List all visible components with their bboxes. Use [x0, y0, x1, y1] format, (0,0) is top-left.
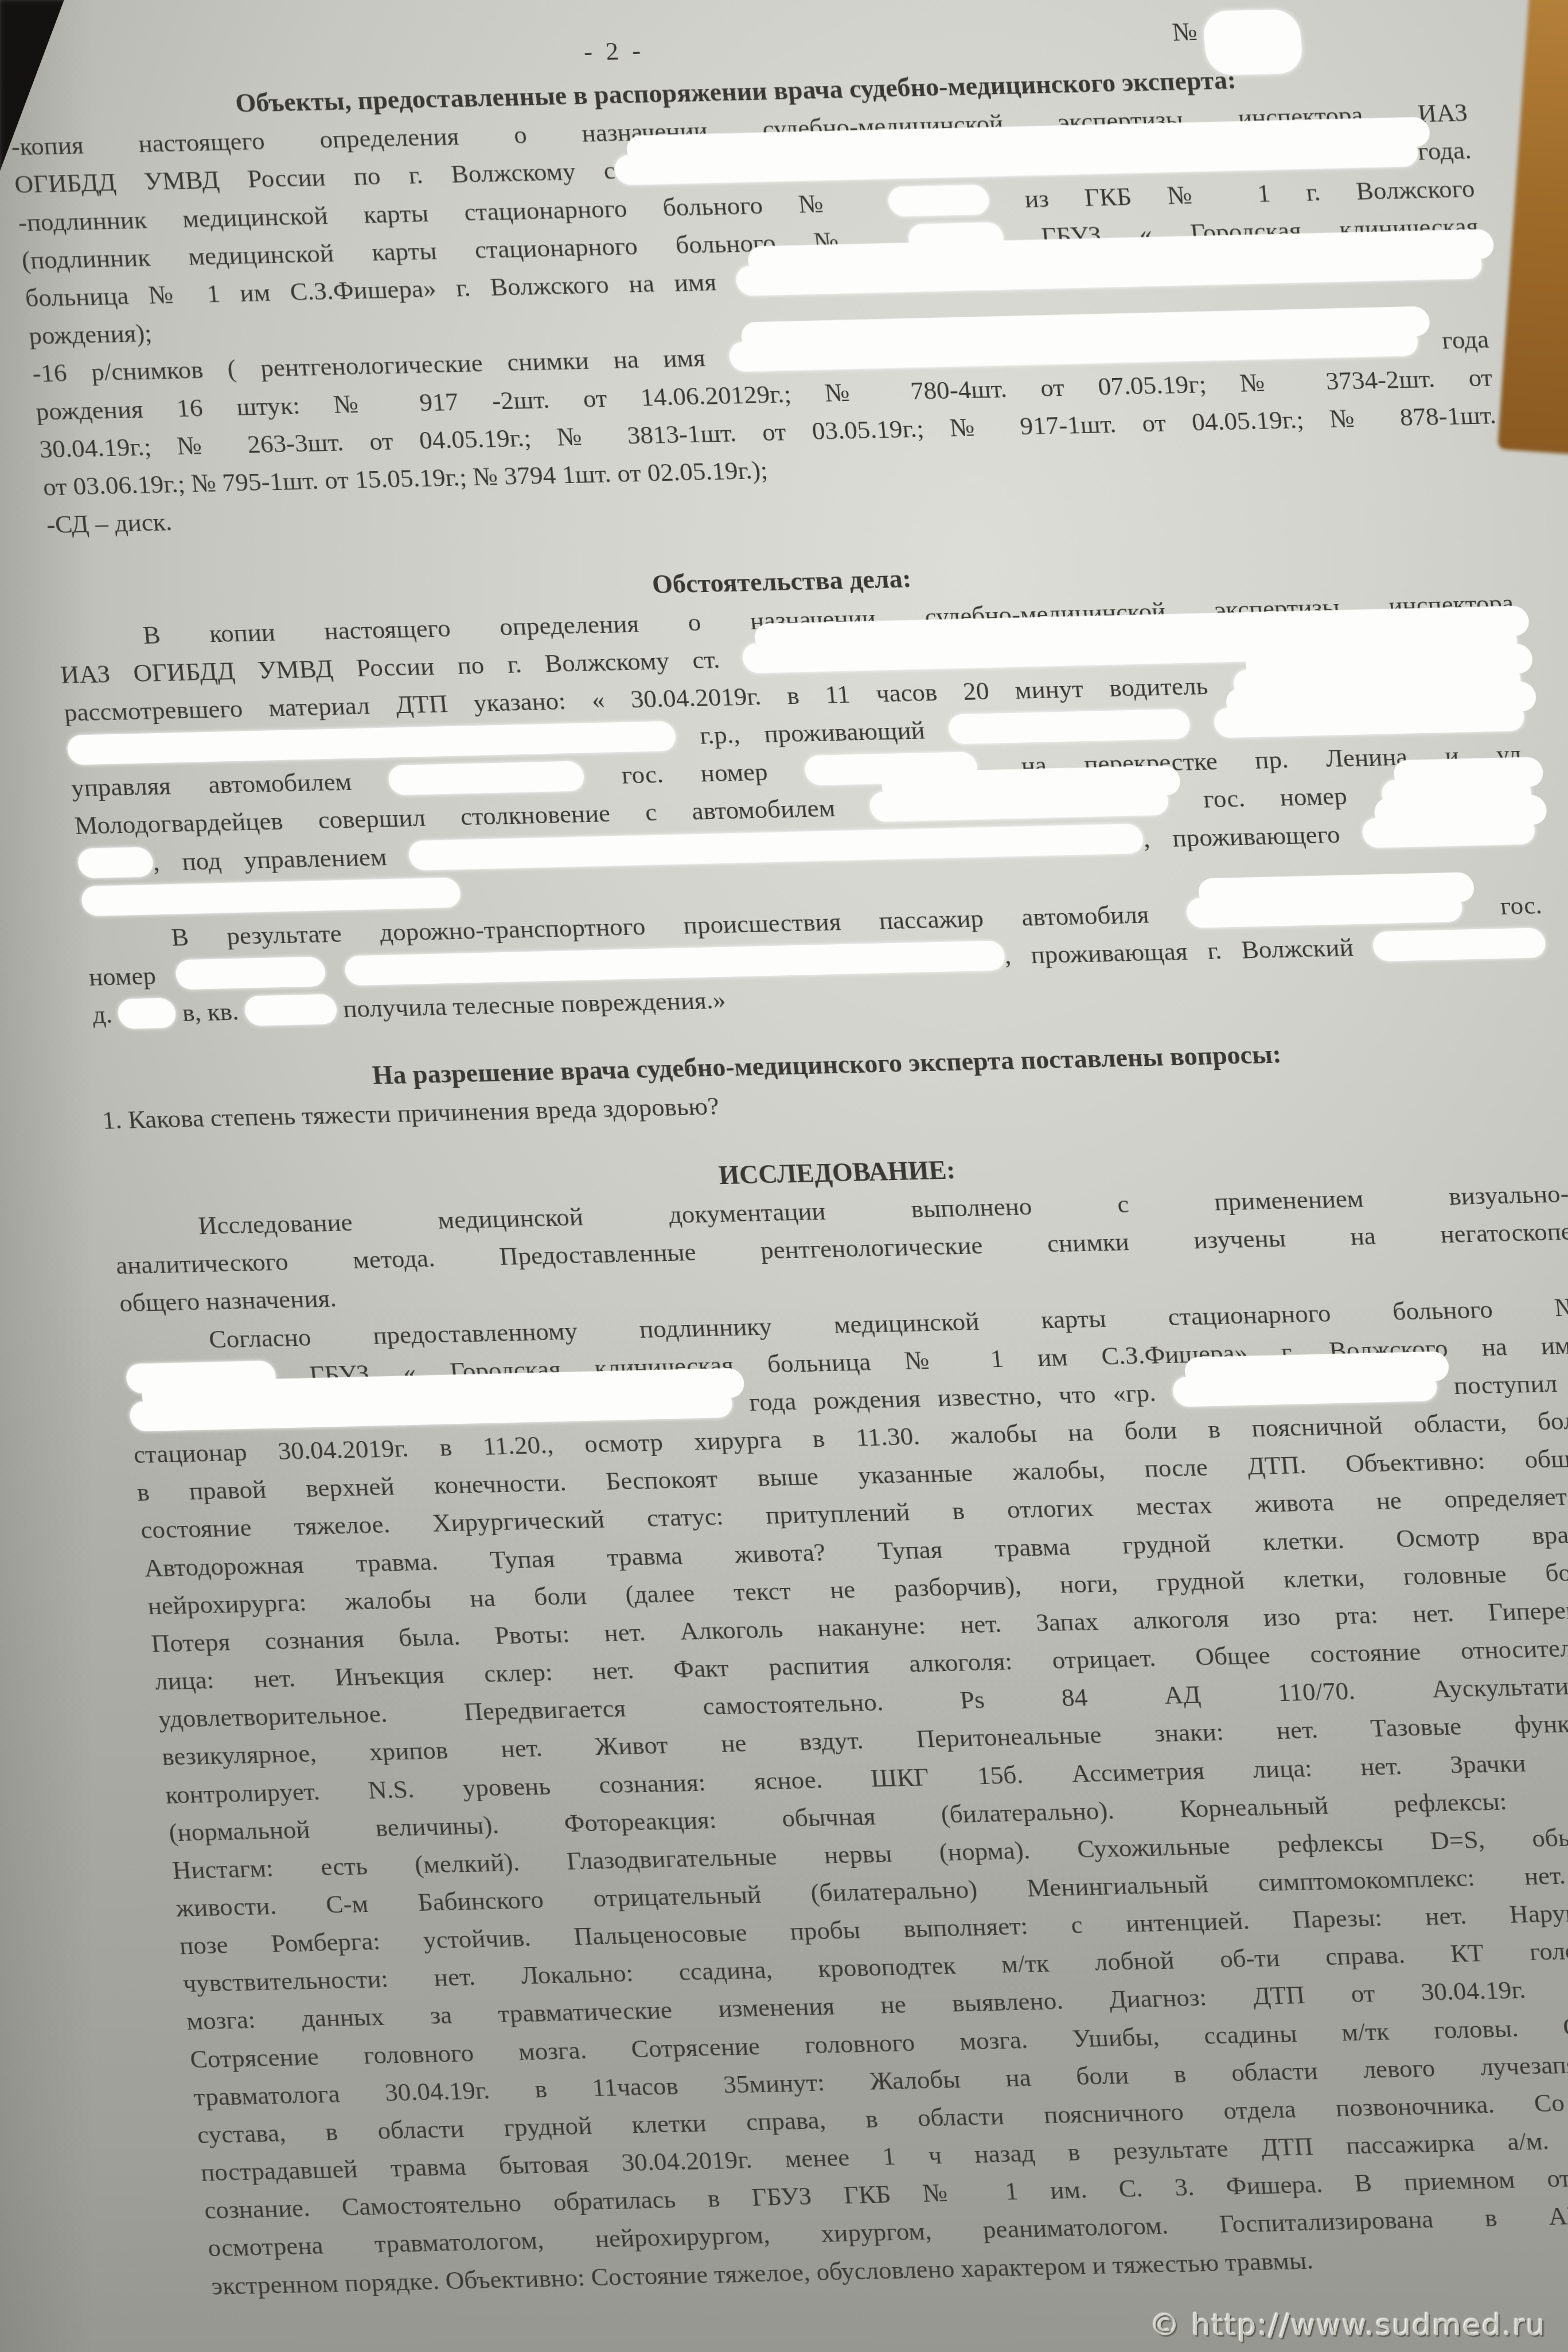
text-run: управляя автомобилем — [70, 766, 391, 803]
photo-of-document: { "page": { "number": "- 2 -", "doc_no_p… — [0, 0, 1568, 2352]
redaction-bar — [1372, 928, 1547, 961]
redaction-bar — [244, 994, 338, 1026]
page-number: - 2 - — [582, 32, 646, 71]
text-run: -СД – диск. — [45, 507, 173, 539]
text-run: из ГКБ № 1 г. Волжского — [988, 174, 1476, 214]
redaction-bar — [869, 785, 1170, 822]
document-lines: Объекты, предоставленные в распоряжении … — [6, 56, 1568, 2304]
redaction-bar — [1185, 892, 1464, 928]
text-run: получила телесные повреждения.» — [336, 986, 727, 1023]
redaction-bar — [1361, 815, 1536, 848]
redaction-bar — [1172, 1371, 1438, 1407]
doc-number-label: № — [1171, 17, 1199, 46]
redaction-bar — [1380, 777, 1532, 810]
text-run: в, кв. — [174, 997, 246, 1027]
watermark: © http://www.sudmed.ru — [1150, 2308, 1546, 2343]
redaction-bar — [117, 998, 177, 1029]
text-run: общего назначения. — [118, 1284, 337, 1318]
text-run: года. — [1417, 136, 1472, 166]
text-run: гос. номер — [1167, 781, 1383, 815]
redaction-bar — [80, 878, 462, 916]
redaction-bar — [907, 222, 1005, 254]
document-page: - 2 - № Объекты, предоставленные в распо… — [1, 7, 1568, 2304]
text-run: рождения); — [28, 318, 153, 350]
redaction-bar — [1213, 701, 1526, 738]
text-run: г.р., проживающий — [674, 715, 950, 750]
text-run: номер — [88, 960, 177, 991]
text-run: ИССЛЕДОВАНИЕ: — [717, 1155, 957, 1190]
text-run: , под управлением — [151, 842, 411, 876]
text-run: , проживающего — [1142, 819, 1364, 853]
redaction-bar — [388, 761, 586, 796]
text-run: ГБУЗ « Городская клиническая — [1002, 212, 1480, 251]
redaction-bar — [803, 751, 978, 785]
text-run: года рождения известно, что «гр. — [731, 1378, 1174, 1417]
redaction-bar — [125, 1361, 277, 1394]
text-run — [323, 956, 346, 986]
text-run: года — [1416, 325, 1490, 355]
redaction-bar — [948, 709, 1192, 745]
redaction-bar — [887, 185, 990, 217]
text-run: поступил в — [1435, 1368, 1568, 1400]
text-run: , проживающая г. Волжский — [1003, 932, 1375, 969]
redaction-bar — [174, 956, 326, 990]
redaction-bar — [1232, 663, 1522, 700]
text-run: гос. номер — [583, 756, 806, 790]
redaction-bar — [77, 847, 154, 878]
text-run: Обстоятельства дела: — [651, 564, 912, 599]
text-run: гос. — [1461, 890, 1543, 921]
text-run — [1188, 709, 1215, 738]
text-run: д. — [91, 1000, 120, 1029]
